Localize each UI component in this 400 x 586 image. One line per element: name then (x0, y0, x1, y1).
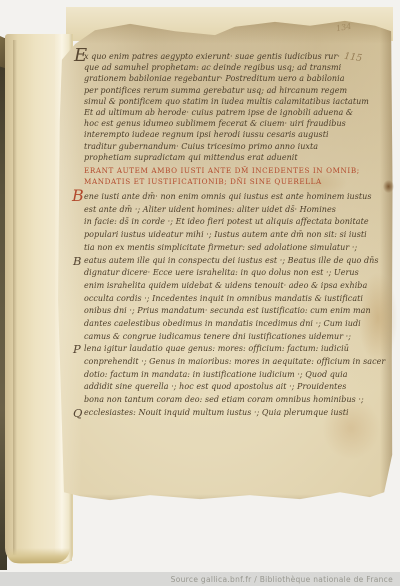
manuscript-line: dotio: factum in mandata: in iustificati… (84, 369, 372, 382)
manuscript-line: dantes caelestibus obedimus in mandatis … (84, 318, 372, 331)
rubric: ERANT AUTEM AMBO IUSTI ANTE DM̄ INCEDENT… (84, 165, 372, 188)
manuscript-line: occulta cordis ·; Incedentes inquit in o… (84, 293, 372, 306)
manuscript-line: prophetiam supradictam qui mittendus era… (84, 152, 372, 163)
manuscript-line: dignatur dicere· Ecce uere israhelita: i… (84, 267, 372, 280)
manuscript-line: Qecclesiastes: Nouit inquid multum iustu… (84, 407, 372, 420)
rubric-line: ERANT AUTEM AMBO IUSTI ANTE DM̄ INCEDENT… (84, 165, 372, 177)
manuscript-line: Bene iusti ante dm̄· non enim omnis qui … (84, 191, 372, 204)
manuscript-line: per pontifices rerum summa gerebatur usq… (84, 85, 372, 96)
manuscript-line: interempto iudeae regnum ipsi herodi ius… (84, 129, 372, 140)
rubric-line: MANDATIS ET IUSTIFICATIONIB; DN̄I SINE Q… (84, 176, 372, 188)
line-text: x quo enim patres aegypto exierunt· suae… (84, 52, 340, 61)
manuscript-line: grationem babiloniae regebantur· Postred… (84, 73, 372, 84)
manuscript-line: Plena igitur laudatio quae genus: mores:… (84, 343, 372, 356)
manuscript-line: traditur gubernandum· Cuius tricesimo pr… (84, 141, 372, 152)
manuscript-photo: 134 115 Ex quo enim patres aegypto exier… (0, 0, 400, 586)
intro-paragraph: Ex quo enim patres aegypto exierunt· sua… (84, 51, 372, 163)
manuscript-line: hoc est genus idumeo sublimem fecerat & … (84, 118, 372, 129)
manuscript-line: bona non tantum coram deo: sed etiam cor… (84, 394, 372, 407)
manuscript-line: simul & pontificem quo statim in iudea m… (84, 96, 372, 107)
manuscript-line: addidit sine querella ·; hoc est quod ap… (84, 381, 372, 394)
manuscript-line: est ante dm̄ ·; Aliter uident homines: a… (84, 204, 372, 217)
manuscript-line: conprehendit ·; Genus in maioribus: more… (84, 356, 372, 369)
manuscript-line: camus & congrue iudicamus tenere dni ius… (84, 331, 372, 344)
drop-cap: P (73, 343, 81, 356)
source-credit: Source gallica.bnf.fr / Bibliothèque nat… (171, 575, 393, 584)
drop-cap: B (73, 255, 82, 268)
line-text: ecclesiastes: Nouit inquid multum iustus… (84, 408, 349, 417)
commentary-paragraph: Bene iusti ante dm̄· non enim omnis qui … (84, 191, 372, 419)
parchment-stain (383, 180, 394, 193)
drop-cap: Q (73, 407, 82, 420)
line-text: ene iusti ante dm̄· non enim omnis qui i… (84, 192, 372, 201)
manuscript-line: Ex quo enim patres aegypto exierunt· sua… (84, 51, 372, 62)
drop-cap: B (72, 190, 84, 203)
source-bar: Source gallica.bnf.fr / Bibliothèque nat… (0, 572, 400, 586)
manuscript-line: que ad samuhel prophetam: ac deinde regi… (84, 62, 372, 73)
text-block: Ex quo enim patres aegypto exierunt· sua… (84, 51, 372, 419)
page-stack-bottom-rim (8, 548, 70, 563)
drop-cap: E (74, 50, 87, 61)
manuscript-line: tia non ex mentis simplicitate firmetur:… (84, 242, 372, 255)
manuscript-line: enim israhelita quidem uidebat & uidens … (84, 280, 372, 293)
manuscript-line: Et ad ultimum ab herode· cuius patrem ip… (84, 107, 372, 118)
manuscript-line: populari iustus uideatur mihi ·; Iustus … (84, 229, 372, 242)
manuscript-line: Beatus autem ille qui in conspectu dei i… (84, 255, 372, 268)
line-text: eatus autem ille qui in conspectu dei iu… (84, 256, 379, 265)
page-crease (13, 40, 17, 555)
manuscript-line: onibus dni ·; Prius mandatum· secunda es… (84, 305, 372, 318)
line-text: lena igitur laudatio quae genus: mores: … (84, 344, 349, 353)
manuscript-line: in facie: ds̄ in corde ·; Et ideo fieri … (84, 216, 372, 229)
